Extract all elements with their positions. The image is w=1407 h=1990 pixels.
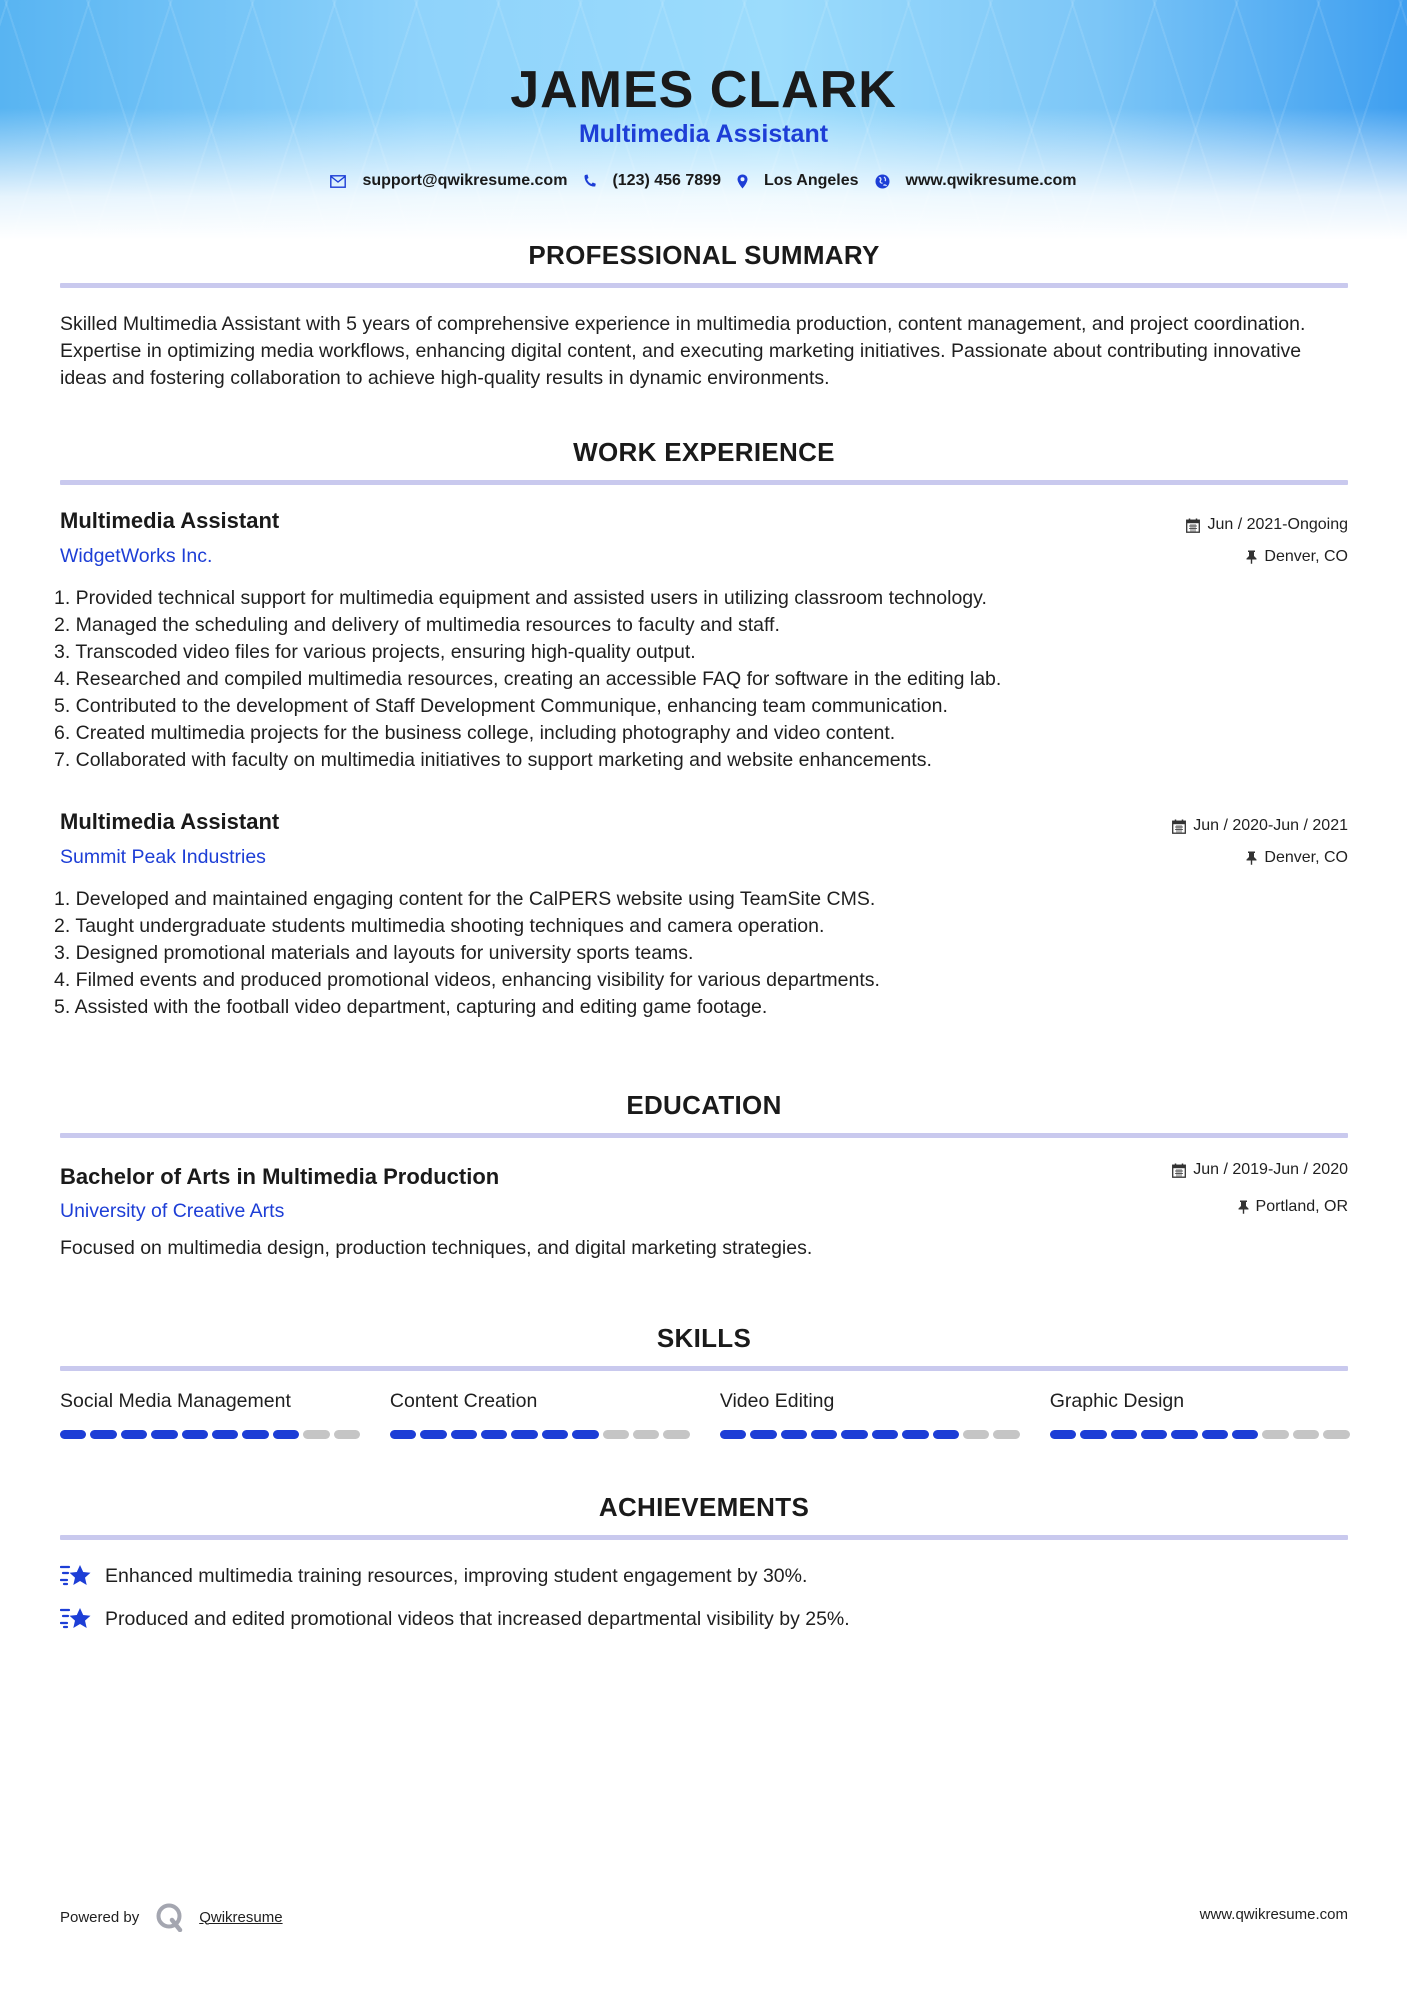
skill-dot-filled bbox=[390, 1430, 416, 1439]
skill-dot-filled bbox=[720, 1430, 746, 1439]
section-divider bbox=[60, 480, 1348, 485]
list-item: 4. Filmed events and produced promotiona… bbox=[54, 967, 1344, 994]
skill-level-meter bbox=[1050, 1430, 1350, 1439]
job-bullets: 1. Developed and maintained engaging con… bbox=[54, 886, 1344, 1021]
section-divider bbox=[60, 1366, 1348, 1371]
skills-list: Social Media Management Content Creation… bbox=[60, 1390, 1348, 1439]
list-item: 1. Developed and maintained engaging con… bbox=[54, 886, 1344, 913]
section-divider bbox=[60, 1535, 1348, 1540]
skill-dot-filled bbox=[542, 1430, 568, 1439]
skill-name: Content Creation bbox=[390, 1390, 690, 1416]
skill-dot-filled bbox=[933, 1430, 959, 1439]
education-location: Portland, OR bbox=[1238, 1198, 1348, 1216]
pushpin-icon bbox=[1246, 550, 1257, 564]
candidate-role: Multimedia Assistant bbox=[0, 120, 1407, 149]
skill-dot-empty bbox=[303, 1430, 329, 1439]
job-bullets: 1. Provided technical support for multim… bbox=[54, 585, 1344, 774]
shooting-star-icon bbox=[60, 1605, 92, 1633]
education-description: Focused on multimedia design, production… bbox=[60, 1235, 1350, 1262]
skill-dot-filled bbox=[242, 1430, 268, 1439]
job-dates: Jun / 2020-Jun / 2021 bbox=[1172, 817, 1348, 835]
qwikresume-link[interactable]: Qwikresume bbox=[199, 1909, 282, 1926]
skill-dot-empty bbox=[963, 1430, 989, 1439]
skill-item: Social Media Management bbox=[60, 1390, 360, 1439]
calendar-icon bbox=[1172, 819, 1186, 834]
contact-website-text: www.qwikresume.com bbox=[906, 172, 1077, 190]
section-title-education: EDUCATION bbox=[60, 1090, 1348, 1121]
list-item: 5. Contributed to the development of Sta… bbox=[54, 693, 1344, 720]
summary-text: Skilled Multimedia Assistant with 5 year… bbox=[60, 311, 1350, 392]
qwikresume-logo-icon bbox=[155, 1902, 185, 1932]
skill-item: Graphic Design bbox=[1050, 1390, 1350, 1439]
skill-item: Video Editing bbox=[720, 1390, 1020, 1439]
skill-dot-empty bbox=[663, 1430, 689, 1439]
education-dates: Jun / 2019-Jun / 2020 bbox=[1172, 1161, 1348, 1179]
job-location: Denver, CO bbox=[1246, 548, 1348, 566]
section-title-skills: SKILLS bbox=[60, 1323, 1348, 1354]
skill-dot-empty bbox=[633, 1430, 659, 1439]
job-company: WidgetWorks Inc. bbox=[60, 545, 212, 568]
contact-bar: support@qwikresume.com (123) 456 7899 Lo… bbox=[0, 172, 1407, 190]
skill-dot-filled bbox=[90, 1430, 116, 1439]
education-school: University of Creative Arts bbox=[60, 1200, 284, 1223]
skill-dot-filled bbox=[420, 1430, 446, 1439]
skill-dot-filled bbox=[481, 1430, 507, 1439]
job-title: Multimedia Assistant bbox=[60, 508, 279, 534]
contact-location: Los Angeles bbox=[737, 172, 859, 190]
phone-icon bbox=[583, 174, 596, 188]
skill-dot-empty bbox=[993, 1430, 1019, 1439]
achievement-item: Enhanced multimedia training resources, … bbox=[60, 1562, 807, 1590]
job-dates: Jun / 2021-Ongoing bbox=[1186, 516, 1348, 534]
skill-dot-filled bbox=[1080, 1430, 1106, 1439]
skill-level-meter bbox=[60, 1430, 360, 1439]
skill-dot-filled bbox=[451, 1430, 477, 1439]
footer-powered-by: Powered by Qwikresume bbox=[60, 1902, 283, 1932]
skill-dot-filled bbox=[182, 1430, 208, 1439]
skill-dot-filled bbox=[1171, 1430, 1197, 1439]
skill-dot-filled bbox=[60, 1430, 86, 1439]
contact-website[interactable]: www.qwikresume.com bbox=[875, 172, 1077, 190]
envelope-icon bbox=[330, 175, 346, 188]
calendar-icon bbox=[1186, 518, 1200, 533]
footer-website[interactable]: www.qwikresume.com bbox=[1200, 1906, 1348, 1923]
list-item: 7. Collaborated with faculty on multimed… bbox=[54, 747, 1344, 774]
candidate-name: JAMES CLARK bbox=[0, 60, 1407, 120]
skill-name: Social Media Management bbox=[60, 1390, 360, 1416]
skill-dot-filled bbox=[212, 1430, 238, 1439]
skill-dot-filled bbox=[1232, 1430, 1258, 1439]
list-item: 2. Taught undergraduate students multime… bbox=[54, 913, 1344, 940]
contact-phone[interactable]: (123) 456 7899 bbox=[583, 172, 721, 190]
education-degree: Bachelor of Arts in Multimedia Productio… bbox=[60, 1164, 499, 1190]
skill-name: Video Editing bbox=[720, 1390, 1020, 1416]
skill-dot-filled bbox=[781, 1430, 807, 1439]
skill-dot-empty bbox=[334, 1430, 360, 1439]
section-title-summary: PROFESSIONAL SUMMARY bbox=[60, 240, 1348, 271]
section-divider bbox=[60, 1133, 1348, 1138]
pushpin-icon bbox=[1238, 1200, 1249, 1214]
job-company: Summit Peak Industries bbox=[60, 846, 266, 869]
list-item: 2. Managed the scheduling and delivery o… bbox=[54, 612, 1344, 639]
contact-email-text: support@qwikresume.com bbox=[362, 172, 567, 190]
section-divider bbox=[60, 283, 1348, 288]
pushpin-icon bbox=[1246, 851, 1257, 865]
contact-email[interactable]: support@qwikresume.com bbox=[330, 172, 567, 190]
map-pin-icon bbox=[737, 174, 748, 189]
achievement-item: Produced and edited promotional videos t… bbox=[60, 1605, 850, 1633]
skill-dot-filled bbox=[1111, 1430, 1137, 1439]
skill-dot-filled bbox=[1202, 1430, 1228, 1439]
list-item: 1. Provided technical support for multim… bbox=[54, 585, 1344, 612]
skill-dot-filled bbox=[273, 1430, 299, 1439]
skill-dot-filled bbox=[151, 1430, 177, 1439]
contact-phone-text: (123) 456 7899 bbox=[612, 172, 721, 190]
list-item: 4. Researched and compiled multimedia re… bbox=[54, 666, 1344, 693]
contact-location-text: Los Angeles bbox=[764, 172, 859, 190]
skill-dot-filled bbox=[841, 1430, 867, 1439]
globe-icon bbox=[875, 174, 890, 189]
skill-dot-empty bbox=[1293, 1430, 1319, 1439]
skill-dot-empty bbox=[603, 1430, 629, 1439]
skill-dot-filled bbox=[572, 1430, 598, 1439]
list-item: 3. Designed promotional materials and la… bbox=[54, 940, 1344, 967]
list-item: 3. Transcoded video files for various pr… bbox=[54, 639, 1344, 666]
skill-dot-empty bbox=[1323, 1430, 1349, 1439]
skill-dot-filled bbox=[872, 1430, 898, 1439]
skill-dot-filled bbox=[750, 1430, 776, 1439]
skill-dot-filled bbox=[811, 1430, 837, 1439]
skill-dot-filled bbox=[902, 1430, 928, 1439]
shooting-star-icon bbox=[60, 1562, 92, 1590]
calendar-icon bbox=[1172, 1163, 1186, 1178]
skill-item: Content Creation bbox=[390, 1390, 690, 1439]
skill-dot-filled bbox=[1141, 1430, 1167, 1439]
skill-dot-filled bbox=[121, 1430, 147, 1439]
skill-dot-filled bbox=[511, 1430, 537, 1439]
skill-name: Graphic Design bbox=[1050, 1390, 1350, 1416]
list-item: 5. Assisted with the football video depa… bbox=[54, 994, 1344, 1021]
job-location: Denver, CO bbox=[1246, 849, 1348, 867]
skill-dot-empty bbox=[1262, 1430, 1288, 1439]
skill-dot-filled bbox=[1050, 1430, 1076, 1439]
section-title-experience: WORK EXPERIENCE bbox=[60, 437, 1348, 468]
section-title-achievements: ACHIEVEMENTS bbox=[60, 1492, 1348, 1523]
skill-level-meter bbox=[720, 1430, 1020, 1439]
skill-level-meter bbox=[390, 1430, 690, 1439]
list-item: 6. Created multimedia projects for the b… bbox=[54, 720, 1344, 747]
job-title: Multimedia Assistant bbox=[60, 809, 279, 835]
